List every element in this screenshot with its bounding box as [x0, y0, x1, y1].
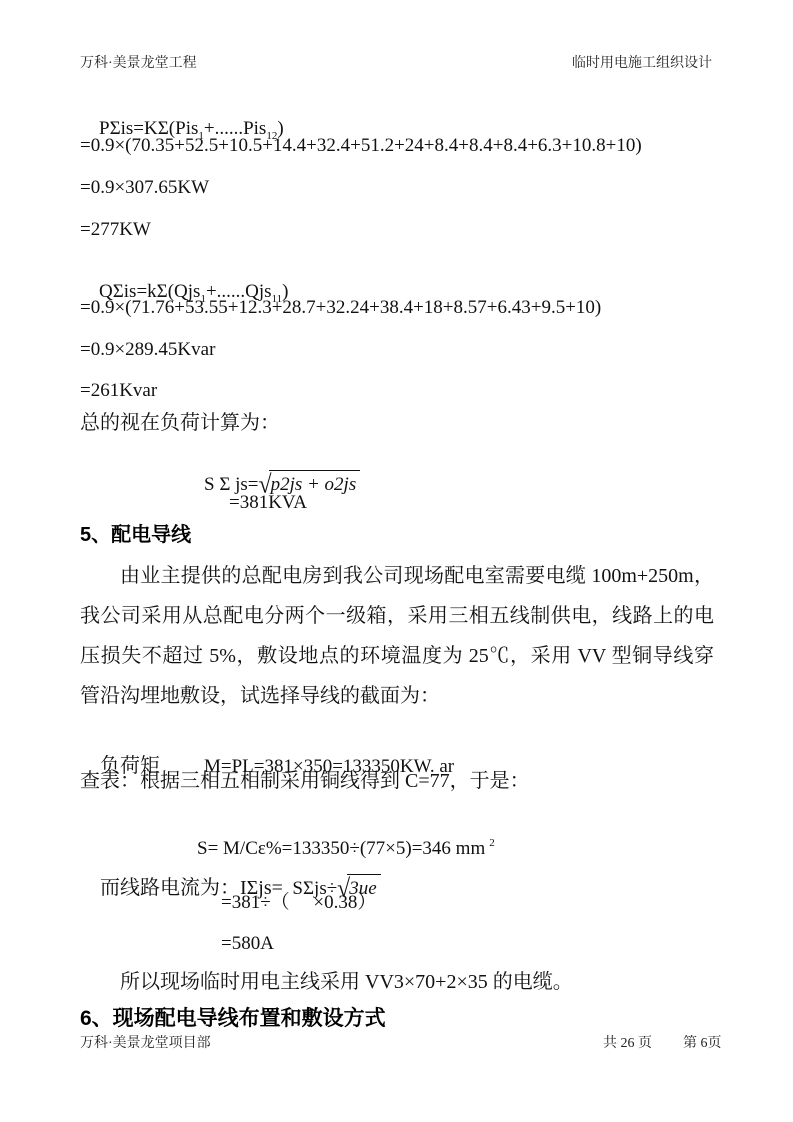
- formula-p-result: =277KW: [80, 217, 151, 243]
- formula-p-expanded: =0.9×(70.35+52.5+10.5+14.4+32.4+51.2+24+…: [80, 133, 642, 159]
- conclusion-line: 所以现场临时用电主线采用 VV3×70+2×35 的电缆。: [120, 969, 573, 995]
- document-page: 万科·美景龙堂工程 临时用电施工组织设计 PΣis=KΣ(Pis1+......…: [0, 0, 793, 1122]
- line-current-formula: 而线路电流为：IΣjs= SΣjs÷√3ue: [80, 848, 381, 928]
- formula-q-result: =261Kvar: [80, 378, 157, 404]
- header-project-name: 万科·美景龙堂工程: [80, 55, 197, 73]
- header-doc-title: 临时用电施工组织设计: [572, 55, 712, 73]
- footer-project-name: 万科·美景龙堂项目部: [80, 1035, 211, 1053]
- section-6-heading: 6、现场配电导线布置和敷设方式: [80, 1006, 386, 1032]
- table-lookup-line: 查表：根据三相五相制采用铜线得到 C=77，于是：: [80, 768, 530, 794]
- section-5-paragraph: 由业主提供的总配电房到我公司现场配电室需要电缆 100m+250m，我公司采用从…: [80, 556, 714, 716]
- formula-s-result: =381KVA: [229, 490, 307, 516]
- section-5-heading: 5、配电导线: [80, 522, 191, 548]
- formula-q-expanded: =0.9×(71.76+53.55+12.3+28.7+32.24+38.4+1…: [80, 295, 601, 321]
- formula-p-subtotal: =0.9×307.65KW: [80, 175, 209, 201]
- current-step-line: =381÷（ ×0.38）: [221, 890, 376, 916]
- footer-page-number: 第 6页: [683, 1035, 722, 1053]
- apparent-load-label: 总的视在负荷计算为：: [80, 410, 280, 436]
- cross-section-sup: 2: [489, 837, 495, 849]
- current-result-line: =580A: [221, 931, 274, 957]
- footer-total-pages: 共 26 页: [603, 1035, 652, 1053]
- formula-q-subtotal: =0.9×289.45Kvar: [80, 337, 215, 363]
- load-moment-line: 负荷矩M=PL=381×350=133350KW. ar: [80, 727, 454, 806]
